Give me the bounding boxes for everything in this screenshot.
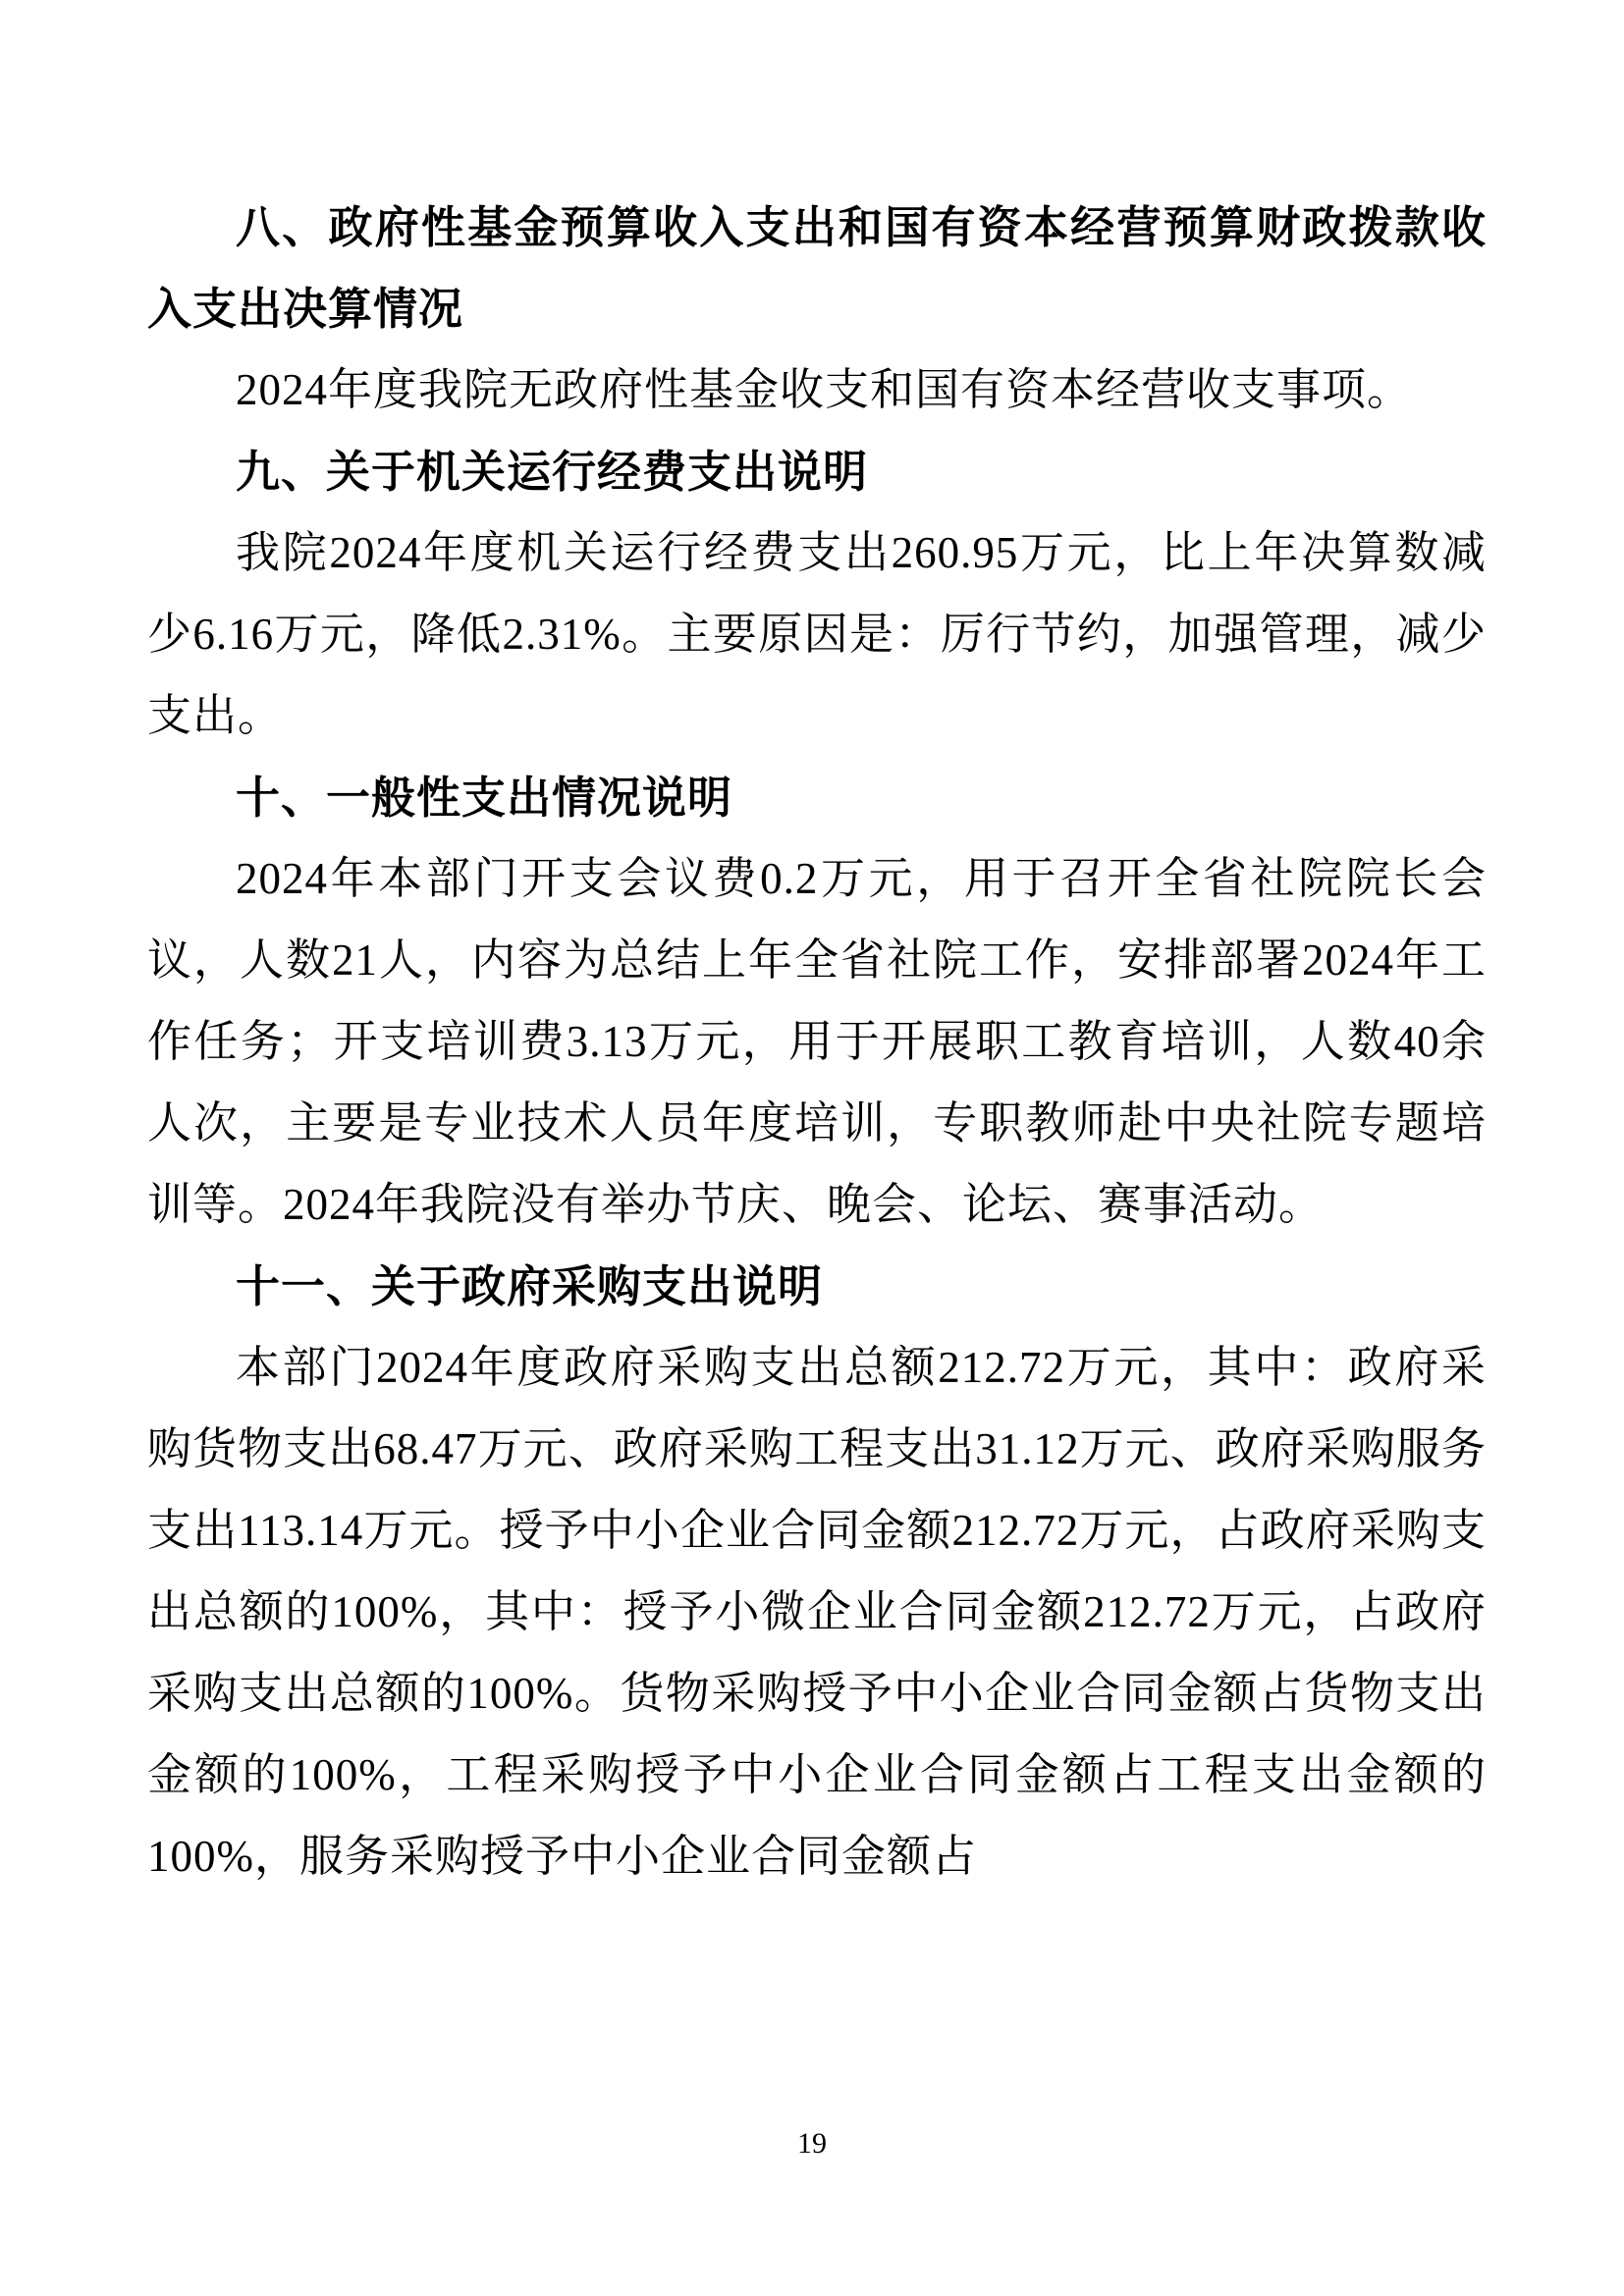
document-body: 八、政府性基金预算收入支出和国有资本经营预算财政拨款收入支出决算情况 2024年… [147, 187, 1487, 1897]
heading-section-9-operating-expenses: 九、关于机关运行经费支出说明 [147, 431, 1487, 512]
paragraph-gov-fund-statement: 2024年度我院无政府性基金收支和国有资本经营收支事项。 [147, 349, 1487, 431]
heading-section-11-gov-procurement: 十一、关于政府采购支出说明 [147, 1246, 1487, 1327]
paragraph-gov-procurement: 本部门2024年度政府采购支出总额212.72万元，其中：政府采购货物支出68.… [147, 1327, 1487, 1897]
page-number: 19 [0, 2127, 1624, 2161]
paragraph-operating-expenses: 我院2024年度机关运行经费支出260.95万元，比上年决算数减少6.16万元，… [147, 512, 1487, 757]
heading-section-8-gov-fund-budget: 八、政府性基金预算收入支出和国有资本经营预算财政拨款收入支出决算情况 [147, 187, 1487, 349]
heading-section-10-general-expenditure: 十、一般性支出情况说明 [147, 757, 1487, 838]
paragraph-general-expenditure: 2024年本部门开支会议费0.2万元，用于召开全省社院院长会议，人数21人，内容… [147, 838, 1487, 1246]
document-page: 八、政府性基金预算收入支出和国有资本经营预算财政拨款收入支出决算情况 2024年… [0, 0, 1624, 2296]
